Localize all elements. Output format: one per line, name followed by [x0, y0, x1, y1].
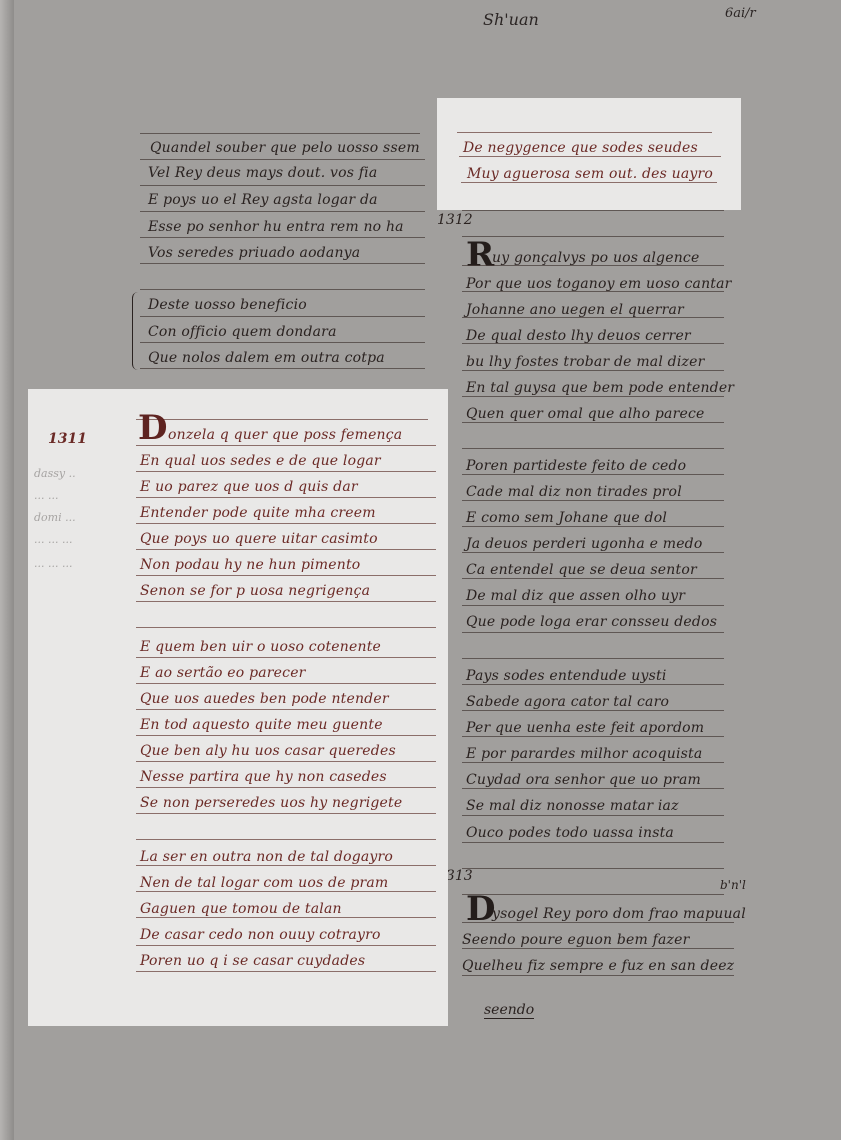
- verse-line: Deste uosso beneficio: [148, 297, 307, 313]
- verse-line: bu lhy fostes trobar de mal dizer: [466, 354, 704, 370]
- initial-letter: R: [466, 238, 494, 272]
- verse-line: Esse po senhor hu entra rem no ha: [148, 219, 404, 235]
- verse-line: Senon se for p uosa negrigença: [140, 583, 370, 599]
- highlighted-region-top-right: De negygence que sodes seudes Muy aguero…: [437, 98, 741, 210]
- header-note: Sh'uan: [483, 10, 539, 29]
- verse-line: De mal diz que assen olho uyr: [466, 588, 685, 604]
- initial-letter: D: [138, 411, 167, 445]
- verse-line: Pays sodes entendude uysti: [466, 668, 667, 684]
- verse-line: Que ben aly hu uos casar queredes: [140, 743, 396, 759]
- margin-note: b'n'l: [720, 878, 746, 892]
- verse-line: Ouco podes todo uassa insta: [466, 825, 674, 841]
- verse-line: Cuydad ora senhor que uo pram: [466, 772, 701, 788]
- verse-line: Ca entendel que se deua sentor: [466, 562, 697, 578]
- poem-number: 1311: [48, 431, 87, 447]
- verse-line: Vel Rey deus mays dout. vos fia: [148, 165, 377, 181]
- verse-line: Vos seredes priuado aodanya: [148, 245, 360, 261]
- highlighted-region-bottom-left: 1311 dassy .. ... ... domi ... ... ... .…: [28, 389, 448, 1026]
- verse-line: De qual desto lhy deuos cerrer: [466, 328, 691, 344]
- verse-line: E uo parez que uos d quis dar: [140, 479, 358, 495]
- verse-line: Se mal diz nonosse matar iaz: [466, 798, 679, 814]
- manuscript-page: Sh'uan 6ai/r Quandel souber que pelo uos…: [0, 0, 841, 1140]
- verse-line: En tod aquesto quite meu guente: [140, 717, 383, 733]
- verse-line: onzela q quer que poss femença: [168, 427, 402, 443]
- verse-line: E ao sertão eo parecer: [140, 665, 306, 681]
- verse-line: Por que uos toganoy em uoso cantar: [466, 276, 732, 292]
- verse-line: Que poys uo quere uitar casimto: [140, 531, 378, 547]
- verse-line: Nen de tal logar com uos de pram: [140, 875, 388, 891]
- verse-line: ysogel Rey poro dom frao mapuual: [492, 906, 746, 922]
- verse-line: Que nolos dalem em outra cotpa: [148, 350, 385, 366]
- verse-line: Que pode loga erar consseu dedos: [466, 614, 717, 630]
- verse-line: Quelheu fiz sempre e fuz en san deez: [462, 958, 734, 974]
- verse-line: E como sem Johane que dol: [466, 510, 667, 526]
- verse-line: Per que uenha este feit apordom: [466, 720, 704, 736]
- brace-mark: [132, 292, 139, 370]
- verse-line: E por parardes milhor acoquista: [466, 746, 702, 762]
- verse-line: Ja deuos perderi ugonha e medo: [466, 536, 702, 552]
- page-gutter: [0, 0, 14, 1140]
- verse-line: Quen quer omal que alho parece: [466, 406, 704, 422]
- verse-line: Gaguen que tomou de talan: [140, 901, 342, 917]
- verse-line: Sabede agora cator tal caro: [466, 694, 669, 710]
- verse-line: La ser en outra non de tal dogayro: [140, 849, 393, 865]
- verse-line: De casar cedo non ouuy cotrayro: [140, 927, 381, 943]
- folio-number: 6ai/r: [725, 6, 756, 21]
- verse-line: Quandel souber que pelo uosso ssem: [150, 140, 420, 156]
- verse-line: Seendo poure eguon bem fazer: [462, 932, 689, 948]
- verse-line: Poren partideste feito de cedo: [466, 458, 686, 474]
- verse-line: Poren uo q i se casar cuydades: [140, 953, 365, 969]
- verse-line: En qual uos sedes e de que logar: [140, 453, 381, 469]
- verse-line: uy gonçalvys po uos algence: [492, 250, 699, 266]
- verse-line: Que uos auedes ben pode ntender: [140, 691, 389, 707]
- verse-line: E poys uo el Rey agsta logar da: [148, 192, 378, 208]
- catchword: seendo: [484, 1002, 534, 1019]
- verse-line: Non podau hy ne hun pimento: [140, 557, 360, 573]
- verse-line: Entender pode quite mha creem: [140, 505, 376, 521]
- verse-line: Nesse partira que hy non casedes: [140, 769, 387, 785]
- verse-line: En tal guysa que bem pode entender: [466, 380, 734, 396]
- verse-line: Se non perseredes uos hy negrigete: [140, 795, 402, 811]
- verse-line: Con officio quem dondara: [148, 324, 337, 340]
- poem-number: 1312: [437, 212, 473, 228]
- verse-line: De negygence que sodes seudes: [463, 140, 698, 156]
- verse-line: Muy aguerosa sem out. des uayro: [467, 166, 713, 182]
- verse-line: E quem ben uir o uoso cotenente: [140, 639, 381, 655]
- verse-line: Cade mal diz non tirades prol: [466, 484, 682, 500]
- verse-line: Johanne ano uegen el querrar: [466, 302, 684, 318]
